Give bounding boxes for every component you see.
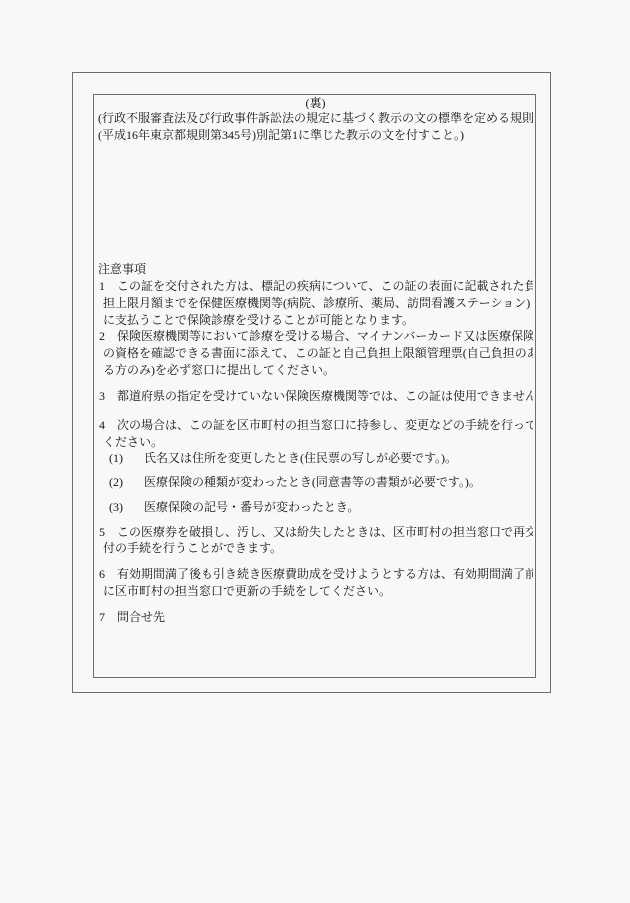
note-item-6: 6 有効期間満了後も引き続き医療費助成を受けようとする方は、有効期間満了前 に区… bbox=[98, 566, 533, 599]
note-line: ください。 bbox=[98, 434, 533, 451]
note-line: 問合せ先 bbox=[98, 609, 533, 626]
note-line: この医療券を破損し、汚し、又は紛失したときは、区市町村の担当窓口で再交 bbox=[98, 524, 533, 541]
sub-item-3: (3)医療保険の記号・番号が変わったとき。 bbox=[98, 499, 533, 516]
note-item-number: 1 bbox=[99, 278, 105, 295]
sub-item-label: (3) bbox=[109, 499, 144, 516]
note-line: 保険医療機関等において診療を受ける場合、マイナンバーカード又は医療保険 bbox=[98, 328, 533, 345]
note-item-7: 7 問合せ先 bbox=[98, 609, 533, 626]
back-side-content: (裏) (行政不服審査法及び行政事件訴訟法の規定に基づく教示の文の標準を定める規… bbox=[94, 95, 535, 626]
sub-item-2: (2)医療保険の種類が変わったとき(同意書等の書類が必要です。)。 bbox=[98, 474, 533, 491]
note-line: に支払うことで保険診療を受けることが可能となります。 bbox=[98, 312, 533, 329]
note-line: に区市町村の担当窓口で更新の手続をしてください。 bbox=[98, 583, 533, 600]
note-item-number: 5 bbox=[99, 524, 105, 541]
note-line: る方のみ)を必ず窓口に提出してください。 bbox=[98, 362, 533, 379]
note-item-number: 4 bbox=[99, 417, 105, 434]
instruction-note: (行政不服審査法及び行政事件訴訟法の規定に基づく教示の文の標準を定める規則 (平… bbox=[98, 110, 533, 143]
notes-heading: 注意事項 bbox=[98, 261, 533, 278]
note-line: この証を交付された方は、標記の疾病について、この証の表面に記載された負 bbox=[98, 278, 533, 295]
note-item-number: 2 bbox=[99, 328, 105, 345]
note-item-5: 5 この医療券を破損し、汚し、又は紛失したときは、区市町村の担当窓口で再交 付の… bbox=[98, 524, 533, 557]
note-line: 担上限月額までを保健医療機関等(病院、診療所、薬局、訪問看護ステーション) bbox=[98, 295, 533, 312]
note-item-1: 1 この証を交付された方は、標記の疾病について、この証の表面に記載された負 担上… bbox=[98, 278, 533, 328]
note-line: 次の場合は、この証を区市町村の担当窓口に持参し、変更などの手続を行って bbox=[98, 417, 533, 434]
sub-item-text: 氏名又は住所を変更したとき(住民票の写しが必要です。)。 bbox=[144, 451, 457, 465]
document-page: (裏) (行政不服審査法及び行政事件訴訟法の規定に基づく教示の文の標準を定める規… bbox=[0, 0, 630, 903]
note-line: の資格を確認できる書面に添えて、この証と自己負担上限額管理票(自己負担のあ bbox=[98, 345, 533, 362]
sub-item-1: (1)氏名又は住所を変更したとき(住民票の写しが必要です。)。 bbox=[98, 450, 533, 467]
sub-item-text: 医療保険の種類が変わったとき(同意書等の書類が必要です。)。 bbox=[144, 475, 481, 489]
sub-item-label: (1) bbox=[109, 450, 144, 467]
instruction-note-line: (行政不服審査法及び行政事件訴訟法の規定に基づく教示の文の標準を定める規則 bbox=[98, 110, 533, 127]
inner-frame: (裏) (行政不服審査法及び行政事件訴訟法の規定に基づく教示の文の標準を定める規… bbox=[93, 94, 536, 678]
outer-frame: (裏) (行政不服審査法及び行政事件訴訟法の規定に基づく教示の文の標準を定める規… bbox=[72, 72, 551, 693]
sub-item-text: 医療保険の記号・番号が変わったとき。 bbox=[144, 500, 359, 514]
note-line: 有効期間満了後も引き続き医療費助成を受けようとする方は、有効期間満了前 bbox=[98, 566, 533, 583]
note-item-number: 6 bbox=[99, 566, 105, 583]
note-item-number: 3 bbox=[99, 388, 105, 405]
note-line: 付の手続を行うことができます。 bbox=[98, 540, 533, 557]
note-item-4: 4 次の場合は、この証を区市町村の担当窓口に持参し、変更などの手続を行って くだ… bbox=[98, 417, 533, 516]
back-side-label: (裏) bbox=[98, 97, 533, 110]
note-item-2: 2 保険医療機関等において診療を受ける場合、マイナンバーカード又は医療保険 の資… bbox=[98, 328, 533, 378]
instruction-note-line: (平成16年東京都規則第345号)別記第1に準じた教示の文を付すこと。) bbox=[98, 127, 533, 144]
note-item-number: 7 bbox=[99, 609, 105, 626]
note-line: 都道府県の指定を受けていない保険医療機関等では、この証は使用できません。 bbox=[98, 388, 533, 405]
sub-item-label: (2) bbox=[109, 474, 144, 491]
note-item-3: 3 都道府県の指定を受けていない保険医療機関等では、この証は使用できません。 bbox=[98, 388, 533, 405]
